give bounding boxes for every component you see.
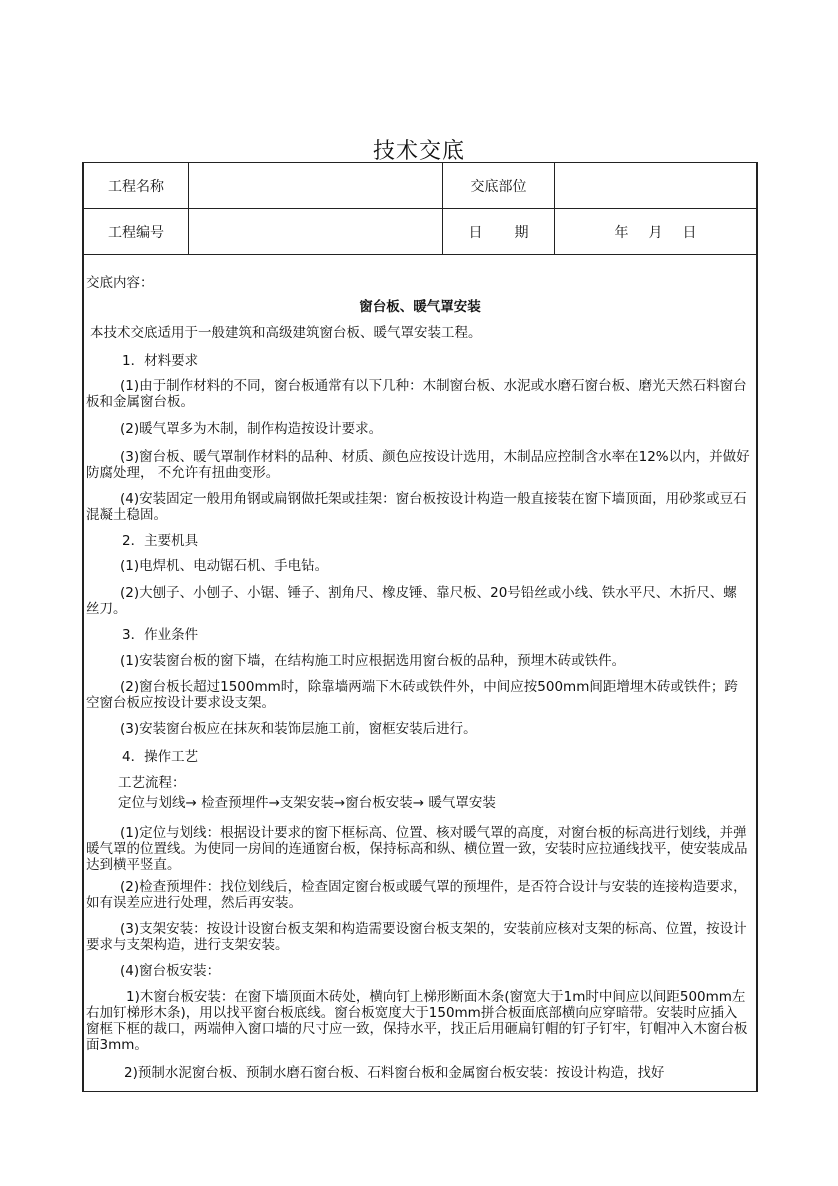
section-1-title: 1．材料要求 (122, 353, 752, 369)
disclosure-form: 工程名称 交底部位 工程编号 日期 年月日 交底内容： 窗台板、暖气罩安装 本技… (82, 162, 758, 1092)
date-label-cell: 日期 (443, 209, 555, 255)
scope-sentence: 本技术交底适用于一般建筑和高级建筑窗台板、暖气罩安装工程。 (90, 325, 482, 341)
intro-label: 交底内容： (86, 275, 752, 291)
project-no-label: 工程编号 (84, 209, 189, 255)
section-3-item-2: (2)窗台板长超过1500mm时，除靠墙两端下木砖或铁件外，中间应按500mm间… (86, 679, 750, 711)
scope-text: 本技术交底适用于一般建筑和高级建筑窗台板、暖气罩安装工程。 (90, 325, 752, 341)
location-label: 交底部位 (443, 163, 555, 209)
flow-label: 工艺流程： (118, 775, 752, 791)
section-4-item-3: (3)支架安装：按设计设窗台板支架和构造需要设窗台板支架的，安装前应核对支架的标… (86, 921, 750, 953)
section-4-item-2: (2)检查预埋件：找位划线后，检查固定窗台板或暖气罩的预埋件，是否符合设计与安装… (86, 879, 750, 911)
location-field[interactable] (555, 163, 757, 209)
section-3-item-3: (3)安装窗台板应在抹灰和装饰层施工前，窗框安装后进行。 (86, 721, 750, 737)
date-label: 日期 (469, 222, 529, 242)
header-table: 工程名称 交底部位 工程编号 日期 年月日 (84, 163, 756, 255)
project-name-label: 工程名称 (84, 163, 189, 209)
section-1-item-3: (3)窗台板、暖气罩制作材料的品种、材质、颜色应按设计选用，木制品应控制含水率在… (86, 449, 750, 481)
date-field[interactable]: 年月日 (555, 209, 757, 255)
section-1-item-2: (2)暖气罩多为木制，制作构造按设计要求。 (86, 421, 750, 437)
section-4-item-1: (1)定位与划线：根据设计要求的窗下框标高、位置、核对暖气罩的高度，对窗台板的标… (86, 825, 750, 873)
header-row-2: 工程编号 日期 年月日 (84, 209, 756, 255)
date-month: 月 (649, 222, 663, 242)
section-1-item-1: (1)由于制作材料的不同，窗台板通常有以下几种：木制窗台板、水泥或水磨石窗台板、… (86, 378, 750, 410)
section-4-subitem-1: 1)木窗台板安装：在窗下墙顶面木砖处，横向钉上梯形断面木条(窗宽大于1m时中间应… (86, 989, 750, 1053)
process-flow: 定位与划线→ 检查预埋件→支架安装→窗台板安装→ 暖气罩安装 (118, 795, 752, 811)
section-2-item-2: (2)大刨子、小刨子、小锯、锤子、割角尺、橡皮锤、靠尺板、20号铅丝或小线、铁水… (86, 585, 750, 617)
header-row-1: 工程名称 交底部位 (84, 163, 756, 209)
section-4-item-4: (4)窗台板安装： (86, 963, 750, 979)
section-4-subitem-2: 2)预制水泥窗台板、预制水磨石窗台板、石料窗台板和金属窗台板安装：按设计构造，找… (124, 1065, 752, 1081)
section-1-item-4: (4)安装固定一般用角钢或扁钢做托架或挂架：窗台板按设计构造一般直接装在窗下墙顶… (86, 491, 750, 523)
project-name-field[interactable] (189, 163, 443, 209)
project-no-field[interactable] (189, 209, 443, 255)
content-heading: 窗台板、暖气罩安装 (84, 299, 756, 315)
section-3-title: 3．作业条件 (122, 627, 752, 643)
document-title: 技术交底 (0, 134, 838, 165)
date-year: 年 (615, 222, 629, 242)
date-day: 日 (683, 222, 697, 242)
section-2-title: 2．主要机具 (122, 533, 752, 549)
section-2-item-1: (1)电焊机、电动锯石机、手电钻。 (86, 558, 750, 574)
section-4-title: 4．操作工艺 (122, 749, 752, 765)
section-3-item-1: (1)安装窗台板的窗下墙，在结构施工时应根据选用窗台板的品种，预埋木砖或铁件。 (86, 653, 750, 669)
